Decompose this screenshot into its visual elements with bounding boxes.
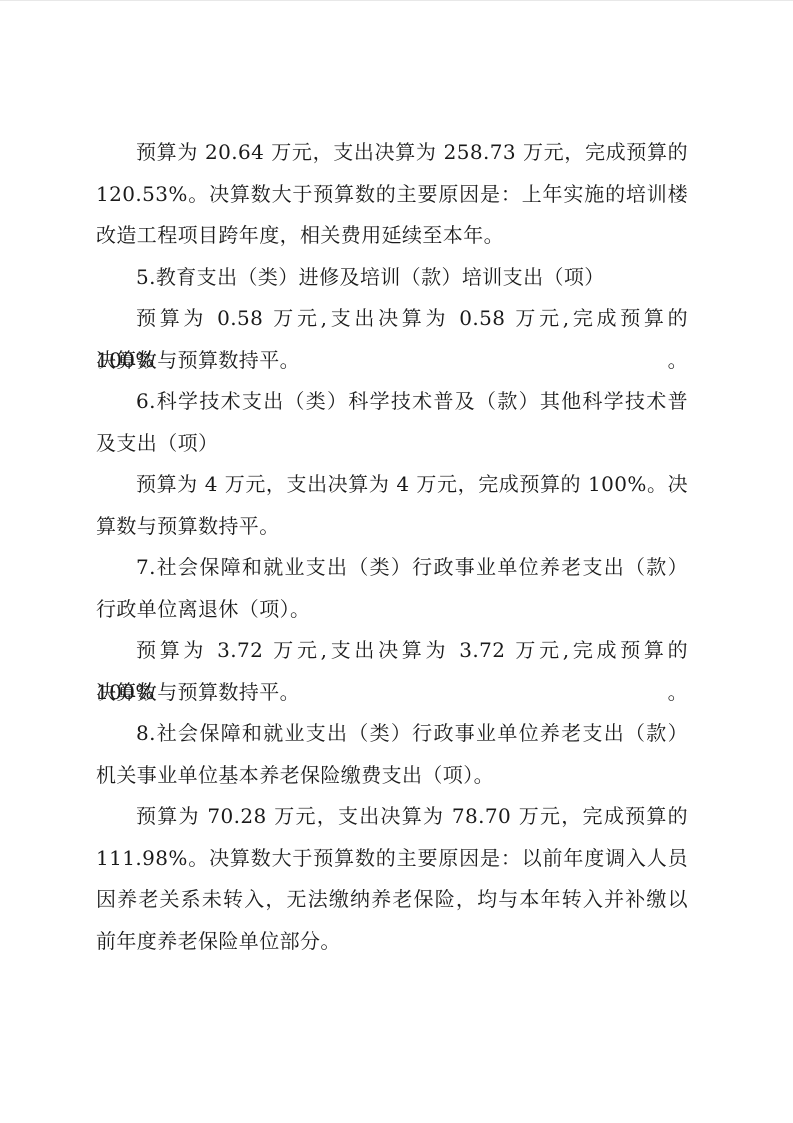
text-line: 机关事业单位基本养老保险缴费支出（项）。 (96, 755, 688, 797)
text-line: 因养老关系未转入，无法缴纳养老保险，均与本年转入并补缴以 (96, 879, 688, 921)
text-line: 前年度养老保险单位部分。 (96, 921, 688, 963)
text-line: 行政单位离退休（项）。 (96, 589, 688, 631)
document-body: 预算为 20.64 万元，支出决算为 258.73 万元，完成预算的 120.5… (96, 132, 688, 962)
text-line: 111.98%。决算数大于预算数的主要原因是：以前年度调入人员 (96, 838, 688, 880)
text-line: 预算为 0.58 万元,支出决算为 0.58 万元,完成预算的 100%。 (96, 298, 688, 340)
text-line: 预算为 4 万元，支出决算为 4 万元，完成预算的 100%。决 (96, 464, 688, 506)
text-line: 预算为 70.28 万元，支出决算为 78.70 万元，完成预算的 (96, 796, 688, 838)
text-line: 6.科学技术支出（类）科学技术普及（款）其他科学技术普 (96, 381, 688, 423)
text-line: 5.教育支出（类）进修及培训（款）培训支出（项） (96, 257, 688, 299)
document-page: 预算为 20.64 万元，支出决算为 258.73 万元，完成预算的 120.5… (0, 1, 793, 1123)
text-line: 改造工程项目跨年度，相关费用延续至本年。 (96, 215, 688, 257)
text-line: 8.社会保障和就业支出（类）行政事业单位养老支出（款） (96, 713, 688, 755)
text-line: 7.社会保障和就业支出（类）行政事业单位养老支出（款） (96, 547, 688, 589)
text-line: 及支出（项） (96, 423, 688, 465)
text-line: 预算为 3.72 万元,支出决算为 3.72 万元,完成预算的 100%。 (96, 630, 688, 672)
text-line: 预算为 20.64 万元，支出决算为 258.73 万元，完成预算的 (96, 132, 688, 174)
text-line: 算数与预算数持平。 (96, 506, 688, 548)
text-line: 120.53%。决算数大于预算数的主要原因是：上年实施的培训楼 (96, 174, 688, 216)
